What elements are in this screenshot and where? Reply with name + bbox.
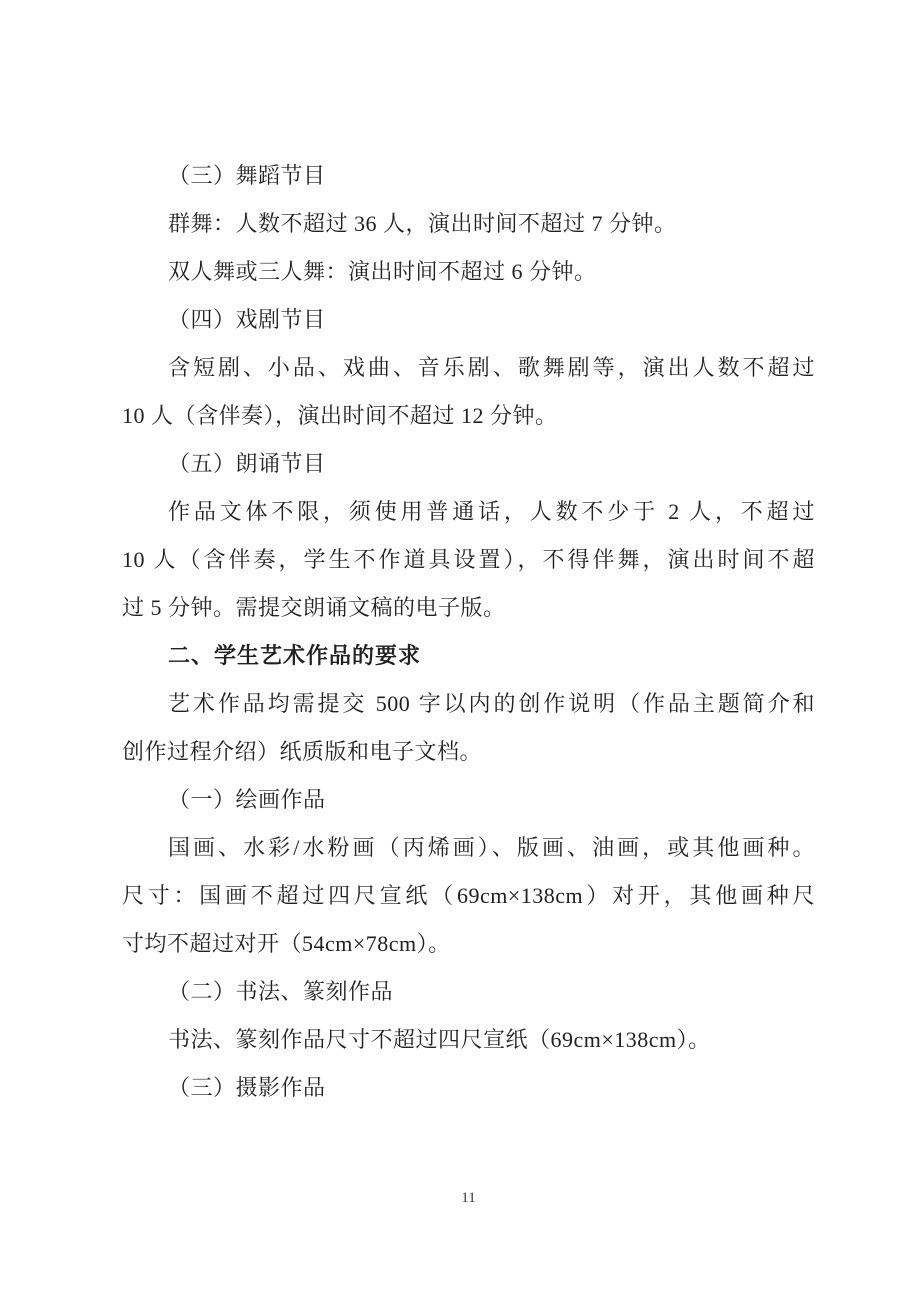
para-artwork-statement-line1: 艺术作品均需提交 500 字以内的创作说明（作品主题简介和 xyxy=(122,680,815,728)
para-painting-rules-line2: 尺寸：国画不超过四尺宣纸（69cm×138cm）对开，其他画种尺 xyxy=(122,872,815,920)
subheading-drama-programs: （四）戏剧节目 xyxy=(122,296,815,344)
para-painting-rules-line1: 国画、水彩/水粉画（丙烯画）、版画、油画，或其他画种。 xyxy=(122,824,815,872)
para-duo-trio-dance-limit: 双人舞或三人舞：演出时间不超过 6 分钟。 xyxy=(122,248,815,296)
subheading-calligraphy-seal-works: （二）书法、篆刻作品 xyxy=(122,968,815,1016)
subheading-recitation-programs: （五）朗诵节目 xyxy=(122,440,815,488)
para-calligraphy-size-limit: 书法、篆刻作品尺寸不超过四尺宣纸（69cm×138cm）。 xyxy=(122,1016,815,1064)
subheading-photography-works: （三）摄影作品 xyxy=(122,1064,815,1112)
para-recitation-rules-line2: 10 人（含伴奏，学生不作道具设置），不得伴舞，演出时间不超 xyxy=(122,536,815,584)
section-heading-student-artworks: 二、学生艺术作品的要求 xyxy=(122,632,815,680)
document-text-block: （三）舞蹈节目 群舞：人数不超过 36 人，演出时间不超过 7 分钟。 双人舞或… xyxy=(122,152,815,1112)
para-group-dance-limit: 群舞：人数不超过 36 人，演出时间不超过 7 分钟。 xyxy=(122,200,815,248)
para-recitation-rules-line1: 作品文体不限，须使用普通话，人数不少于 2 人，不超过 xyxy=(122,488,815,536)
para-drama-types-line2: 10 人（含伴奏），演出时间不超过 12 分钟。 xyxy=(122,392,815,440)
para-painting-rules-line3: 寸均不超过对开（54cm×78cm）。 xyxy=(122,920,815,968)
para-artwork-statement-line2: 创作过程介绍）纸质版和电子文档。 xyxy=(122,728,815,776)
page-number: 11 xyxy=(122,1186,815,1210)
subheading-dance-programs: （三）舞蹈节目 xyxy=(122,152,815,200)
subheading-painting-works: （一）绘画作品 xyxy=(122,776,815,824)
para-drama-types-line1: 含短剧、小品、戏曲、音乐剧、歌舞剧等，演出人数不超过 xyxy=(122,344,815,392)
document-page: （三）舞蹈节目 群舞：人数不超过 36 人，演出时间不超过 7 分钟。 双人舞或… xyxy=(0,0,923,1305)
para-recitation-rules-line3: 过 5 分钟。需提交朗诵文稿的电子版。 xyxy=(122,584,815,632)
